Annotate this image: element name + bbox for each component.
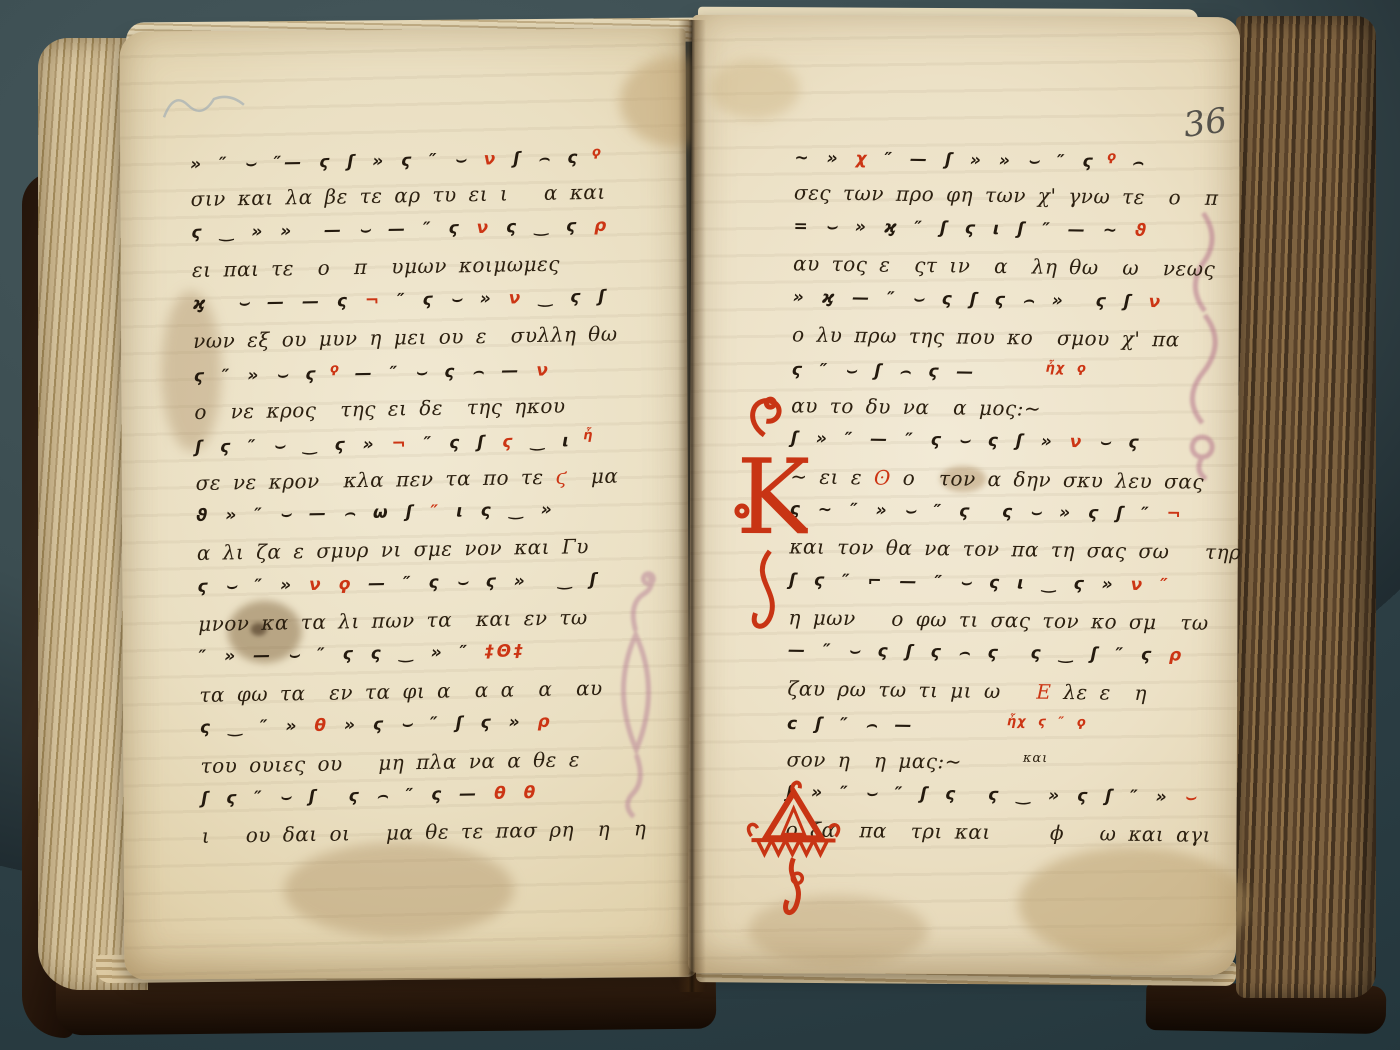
black-ink-segment: σον η η μας:∼ xyxy=(786,747,962,773)
red-ink-segment: ν xyxy=(461,218,491,239)
red-ink-segment: ἦ xyxy=(572,428,594,443)
red-ink-segment: ρ xyxy=(522,712,552,733)
neume-line: ς ∼ ″ » ⌣ ″ ϛ ς ⌣ » ϛ ʃ ″ ¬ xyxy=(790,499,1222,540)
black-ink-segment: = ⌣ » ϗ ″ ʃ ϛ ι ʃ ″ — ∼ xyxy=(793,216,1120,240)
greek-text-line: αυ το δυ να α μος:∼ xyxy=(791,393,1223,434)
black-ink-segment: ‿ ϛ ʃ xyxy=(523,286,608,307)
red-ink-segment: θ xyxy=(299,716,329,737)
black-ink-segment: ϛ ″ » ⌣ ϛ xyxy=(194,365,319,387)
initial-kappa-svg: Κ xyxy=(733,391,808,647)
neume-line: ʃ » ″ — ″ ϛ ⌣ ς ʃ » ν ⌣ ϛ xyxy=(790,428,1222,469)
neume-line: ʃ » ″ ⌣ ″ ʃ ς ϛ ‿ » ϛ ʃ ″ » ⌣ xyxy=(786,782,1218,823)
black-ink-segment: ʃ ϛ ″ ⌐ — ″ ⌣ ς ι ‿ ϛ » xyxy=(789,570,1116,594)
black-ink-segment: ∼ » xyxy=(794,148,840,169)
black-ink-segment: — ″ ς ⌣ ϛ » ‿ ʃ xyxy=(353,570,600,594)
black-ink-segment: ⌣ ϛ xyxy=(1084,432,1141,453)
black-ink-segment: ζαυ ρω τω τι μι ω xyxy=(787,676,1036,703)
red-ink-segment: ν ϙ xyxy=(294,574,353,595)
greek-text-line: ∼ ει ε ʘ ο τον α δην σκυ λευ σας xyxy=(790,464,1222,505)
black-ink-segment: λε ε η xyxy=(1051,680,1147,705)
delta-triangle xyxy=(766,792,822,838)
manuscript-photo: » ″ ⌣ ″— ϛ ʃ » ϛ ″ ⌣ ν ʃ ⌢ ς ϙσιν και λα… xyxy=(0,0,1400,1050)
black-ink-segment: και τον θα να τον πα τη σας σω τηρ xyxy=(789,535,1241,565)
pencil-scribble-svg xyxy=(160,83,250,133)
flourish-bottom xyxy=(754,551,772,626)
initial-delta-svg: Δ xyxy=(743,778,844,938)
neume-line: = ⌣ » ϗ ″ ʃ ϛ ι ʃ ″ — ∼ ϑ xyxy=(793,216,1225,257)
red-ink-segment: Ε xyxy=(1036,679,1051,703)
black-ink-segment: ϑ » ″ ⌣ — ⌢ ω ʃ xyxy=(196,502,416,526)
neume-line: ϲ ʃ ″ ⌢ — ἦχ ϛ ″ ϙ xyxy=(787,712,1219,753)
red-ink-segment: ν xyxy=(494,288,524,309)
red-ink-segment: ¬ xyxy=(1152,504,1184,524)
black-ink-segment: » ϗ — ″ ⌣ ς ʃ ϛ ⌢ » ϛ ʃ xyxy=(793,287,1134,311)
red-ink-segment: ʘ xyxy=(862,465,891,489)
black-ink-segment: — ″ ⌣ ς ⌢ — xyxy=(340,361,522,384)
book-gutter xyxy=(678,20,706,992)
red-ink-segment: ν xyxy=(469,149,499,170)
initial-delta: Δ xyxy=(743,778,844,942)
greek-text-line: ζαυ ρω τω τι μι ω Ε λε ε η xyxy=(787,676,1219,717)
neume-line: — ″ ⌣ ς ʃ ϛ ⌢ ϛ ς ‿ ʃ ″ ϛ ρ xyxy=(788,641,1220,682)
stain xyxy=(1018,846,1248,962)
neume-line: » ϗ — ″ ⌣ ς ʃ ϛ ⌢ » ϛ ʃ ν xyxy=(792,287,1224,328)
red-ink-segment: ν xyxy=(521,361,551,382)
open-book: » ″ ⌣ ″— ϛ ʃ » ϛ ″ ⌣ ν ʃ ⌢ ς ϙσιν και λα… xyxy=(26,4,1376,1046)
black-ink-segment: ʃ ⌢ ς xyxy=(498,148,580,169)
delta-curl-left xyxy=(748,824,757,836)
red-ink-segment: ρ xyxy=(579,216,609,237)
black-ink-segment: ο νε κρος της ει δε της ηκου xyxy=(194,393,566,423)
right-text-column: ∼ » χ ″ — ʃ » » ⌣ ″ ϛ ϙ ⌢σες των προ φη … xyxy=(785,145,1226,858)
black-ink-segment: ″ » — ⌣ ″ ϛ ς ‿ » ″ xyxy=(198,643,470,668)
black-ink-segment: σε νε κρον κλα πεν τα πο τε xyxy=(195,464,543,494)
black-ink-segment: ʃ » ″ — ″ ϛ ⌣ ς ʃ » xyxy=(791,428,1055,451)
red-ink-segment: ″ xyxy=(416,502,442,522)
red-ink-segment: θ θ xyxy=(479,783,539,804)
black-ink-segment: — ″ ⌣ ς ʃ ϛ ⌢ ϛ ς ‿ ʃ ″ ϛ xyxy=(788,641,1154,666)
black-ink-segment: » ϛ ⌣ ″ ʃ ϛ » xyxy=(329,713,523,736)
stain xyxy=(710,59,800,119)
greek-text-line: ο ξα πα τρι και ϕ ω και αγι xyxy=(785,818,1217,859)
black-ink-segment: ς ∼ ″ » ⌣ ″ ϛ ς ⌣ » ϛ ʃ ″ xyxy=(790,499,1152,524)
black-ink-segment: ʃ ϛ ″ ⌣ ʃ ϛ ⌢ ″ ς — xyxy=(201,784,479,809)
greek-text-line: ο λυ πρω της που κο σμου χ' πα xyxy=(792,322,1224,363)
red-ink-segment: ϛ xyxy=(543,464,567,488)
black-ink-segment: αυ τος ε ςτ ιν α λη θω ω νεως xyxy=(793,252,1215,282)
red-ink-segment: χ xyxy=(841,149,870,169)
black-ink-segment: μα xyxy=(567,463,619,488)
left-text-column: » ″ ⌣ ″— ϛ ʃ » ϛ ″ ⌣ ν ʃ ⌢ ς ϙσιν και λα… xyxy=(190,144,674,860)
black-ink-segment: ι ς ‿ » xyxy=(441,500,555,522)
fore-edge-stack-right xyxy=(1236,16,1376,998)
black-ink-segment: ς ‿ ϛ xyxy=(491,216,579,238)
black-ink-segment: ει παι τε ο π υμων κοιμωμες xyxy=(192,252,560,282)
red-ink-segment: ϙ xyxy=(1095,149,1117,164)
greek-text-line: ι ου δαι οι μα θε τε πασ ρη η η xyxy=(202,816,675,860)
black-ink-segment: ο ξα πα τρι και ϕ ω και αγι xyxy=(786,818,1212,848)
black-ink-segment: και xyxy=(962,750,1048,766)
greek-text-line: σον η η μας:∼ και xyxy=(786,747,1218,788)
red-ink-segment: ν ″ xyxy=(1116,574,1171,595)
pencil-scribble xyxy=(160,83,250,133)
greek-text-line: αυ τος ε ςτ ιν α λη θω ω νεως xyxy=(793,252,1225,293)
red-ink-segment: ‡Θ‡ xyxy=(470,642,526,663)
delta-curl-right xyxy=(830,825,839,837)
black-ink-segment: ″ ς ʃ xyxy=(409,433,488,454)
neume-line: ∼ » χ ″ — ʃ » » ⌣ ″ ϛ ϙ ⌢ xyxy=(794,145,1226,186)
greek-text-line: και τον θα να τον πα τη σας σω τηρ xyxy=(789,535,1221,576)
red-ink-segment: ἦχ ϛ ″ ϙ xyxy=(915,713,1087,730)
black-ink-segment: ϲ ʃ ″ ⌢ — xyxy=(787,714,915,736)
black-ink-segment: ο τον α δην σκυ λευ σας xyxy=(891,465,1204,493)
black-ink-segment: ʃ ϛ ″ ⌣ ‿ ϛ » xyxy=(195,435,377,458)
black-ink-segment: αυ το δυ να α μος:∼ xyxy=(791,393,1041,420)
black-ink-segment: σες των προ φη των χ' γνω τε ο π xyxy=(794,181,1219,211)
delta-inner xyxy=(783,808,805,834)
greek-text-line: η μων ο φω τι σας τον κο σμ τω xyxy=(788,605,1220,646)
red-ink-segment: ¬ xyxy=(376,434,409,455)
black-ink-segment: ⌢ xyxy=(1117,152,1146,172)
neume-line: ʃ ϛ ″ ⌐ — ″ ⌣ ς ι ‿ ϛ » ν ″ xyxy=(789,570,1221,611)
right-page: 36 Κ xyxy=(688,15,1240,975)
red-ink-segment: ϛ xyxy=(487,432,515,452)
red-ink-segment: ν xyxy=(1055,432,1085,452)
initial-kappa-letter: Κ xyxy=(736,436,809,558)
initial-kappa: Κ xyxy=(733,391,808,651)
folio-page-number: 36 xyxy=(1181,100,1229,145)
black-ink-segment: ‿ ι xyxy=(515,431,572,452)
red-ink-segment: ϑ xyxy=(1120,220,1149,240)
delta-dot xyxy=(792,873,802,883)
red-ink-segment: ⌣ xyxy=(1169,787,1198,807)
delta-tail xyxy=(786,858,799,912)
red-ink-segment: ϙ xyxy=(318,362,340,377)
black-ink-segment: ″ ϛ ⌣ » xyxy=(382,288,494,310)
greek-text-line: σες των προ φη των χ' γνω τε ο π xyxy=(794,181,1226,222)
black-ink-segment: ϛ ″ ⌣ ʃ ⌢ ϛ — xyxy=(792,360,977,382)
neume-line: ϛ ″ ⌣ ʃ ⌢ ϛ — ἦχ ϙ xyxy=(791,358,1223,399)
left-page: » ″ ⌣ ″— ϛ ʃ » ϛ ″ ⌣ ν ʃ ⌢ ς ϙσιν και λα… xyxy=(120,29,691,980)
black-ink-segment: ϛ ‿ » » — ⌣ — ″ ϛ xyxy=(191,218,462,243)
black-ink-segment: ο λυ πρω της που κο σμου χ' πα xyxy=(792,322,1180,351)
black-ink-segment: ς ‿ ″ » xyxy=(200,716,300,738)
red-ink-segment: ¬ xyxy=(350,290,383,311)
black-ink-segment: » ″ ⌣ ″— ϛ ʃ » ϛ ″ ⌣ xyxy=(190,150,469,175)
black-ink-segment: ″ — ʃ » » ⌣ ″ ϛ xyxy=(869,149,1095,172)
red-ink-segment: ἦχ ϙ xyxy=(976,360,1086,376)
initial-delta-strokes xyxy=(748,782,839,912)
red-ink-segment: ν xyxy=(1134,291,1164,311)
black-ink-segment: ϗ ⌣ — — ς xyxy=(192,291,350,314)
pencil-stroke xyxy=(164,97,244,117)
black-ink-segment: ϛ ⌣ ″ » xyxy=(197,575,294,597)
red-ink-segment: ϙ xyxy=(580,145,602,160)
black-ink-segment: η μων ο φω τι σας τον κο σμ τω xyxy=(788,605,1209,634)
red-ink-segment: ρ xyxy=(1154,646,1184,666)
